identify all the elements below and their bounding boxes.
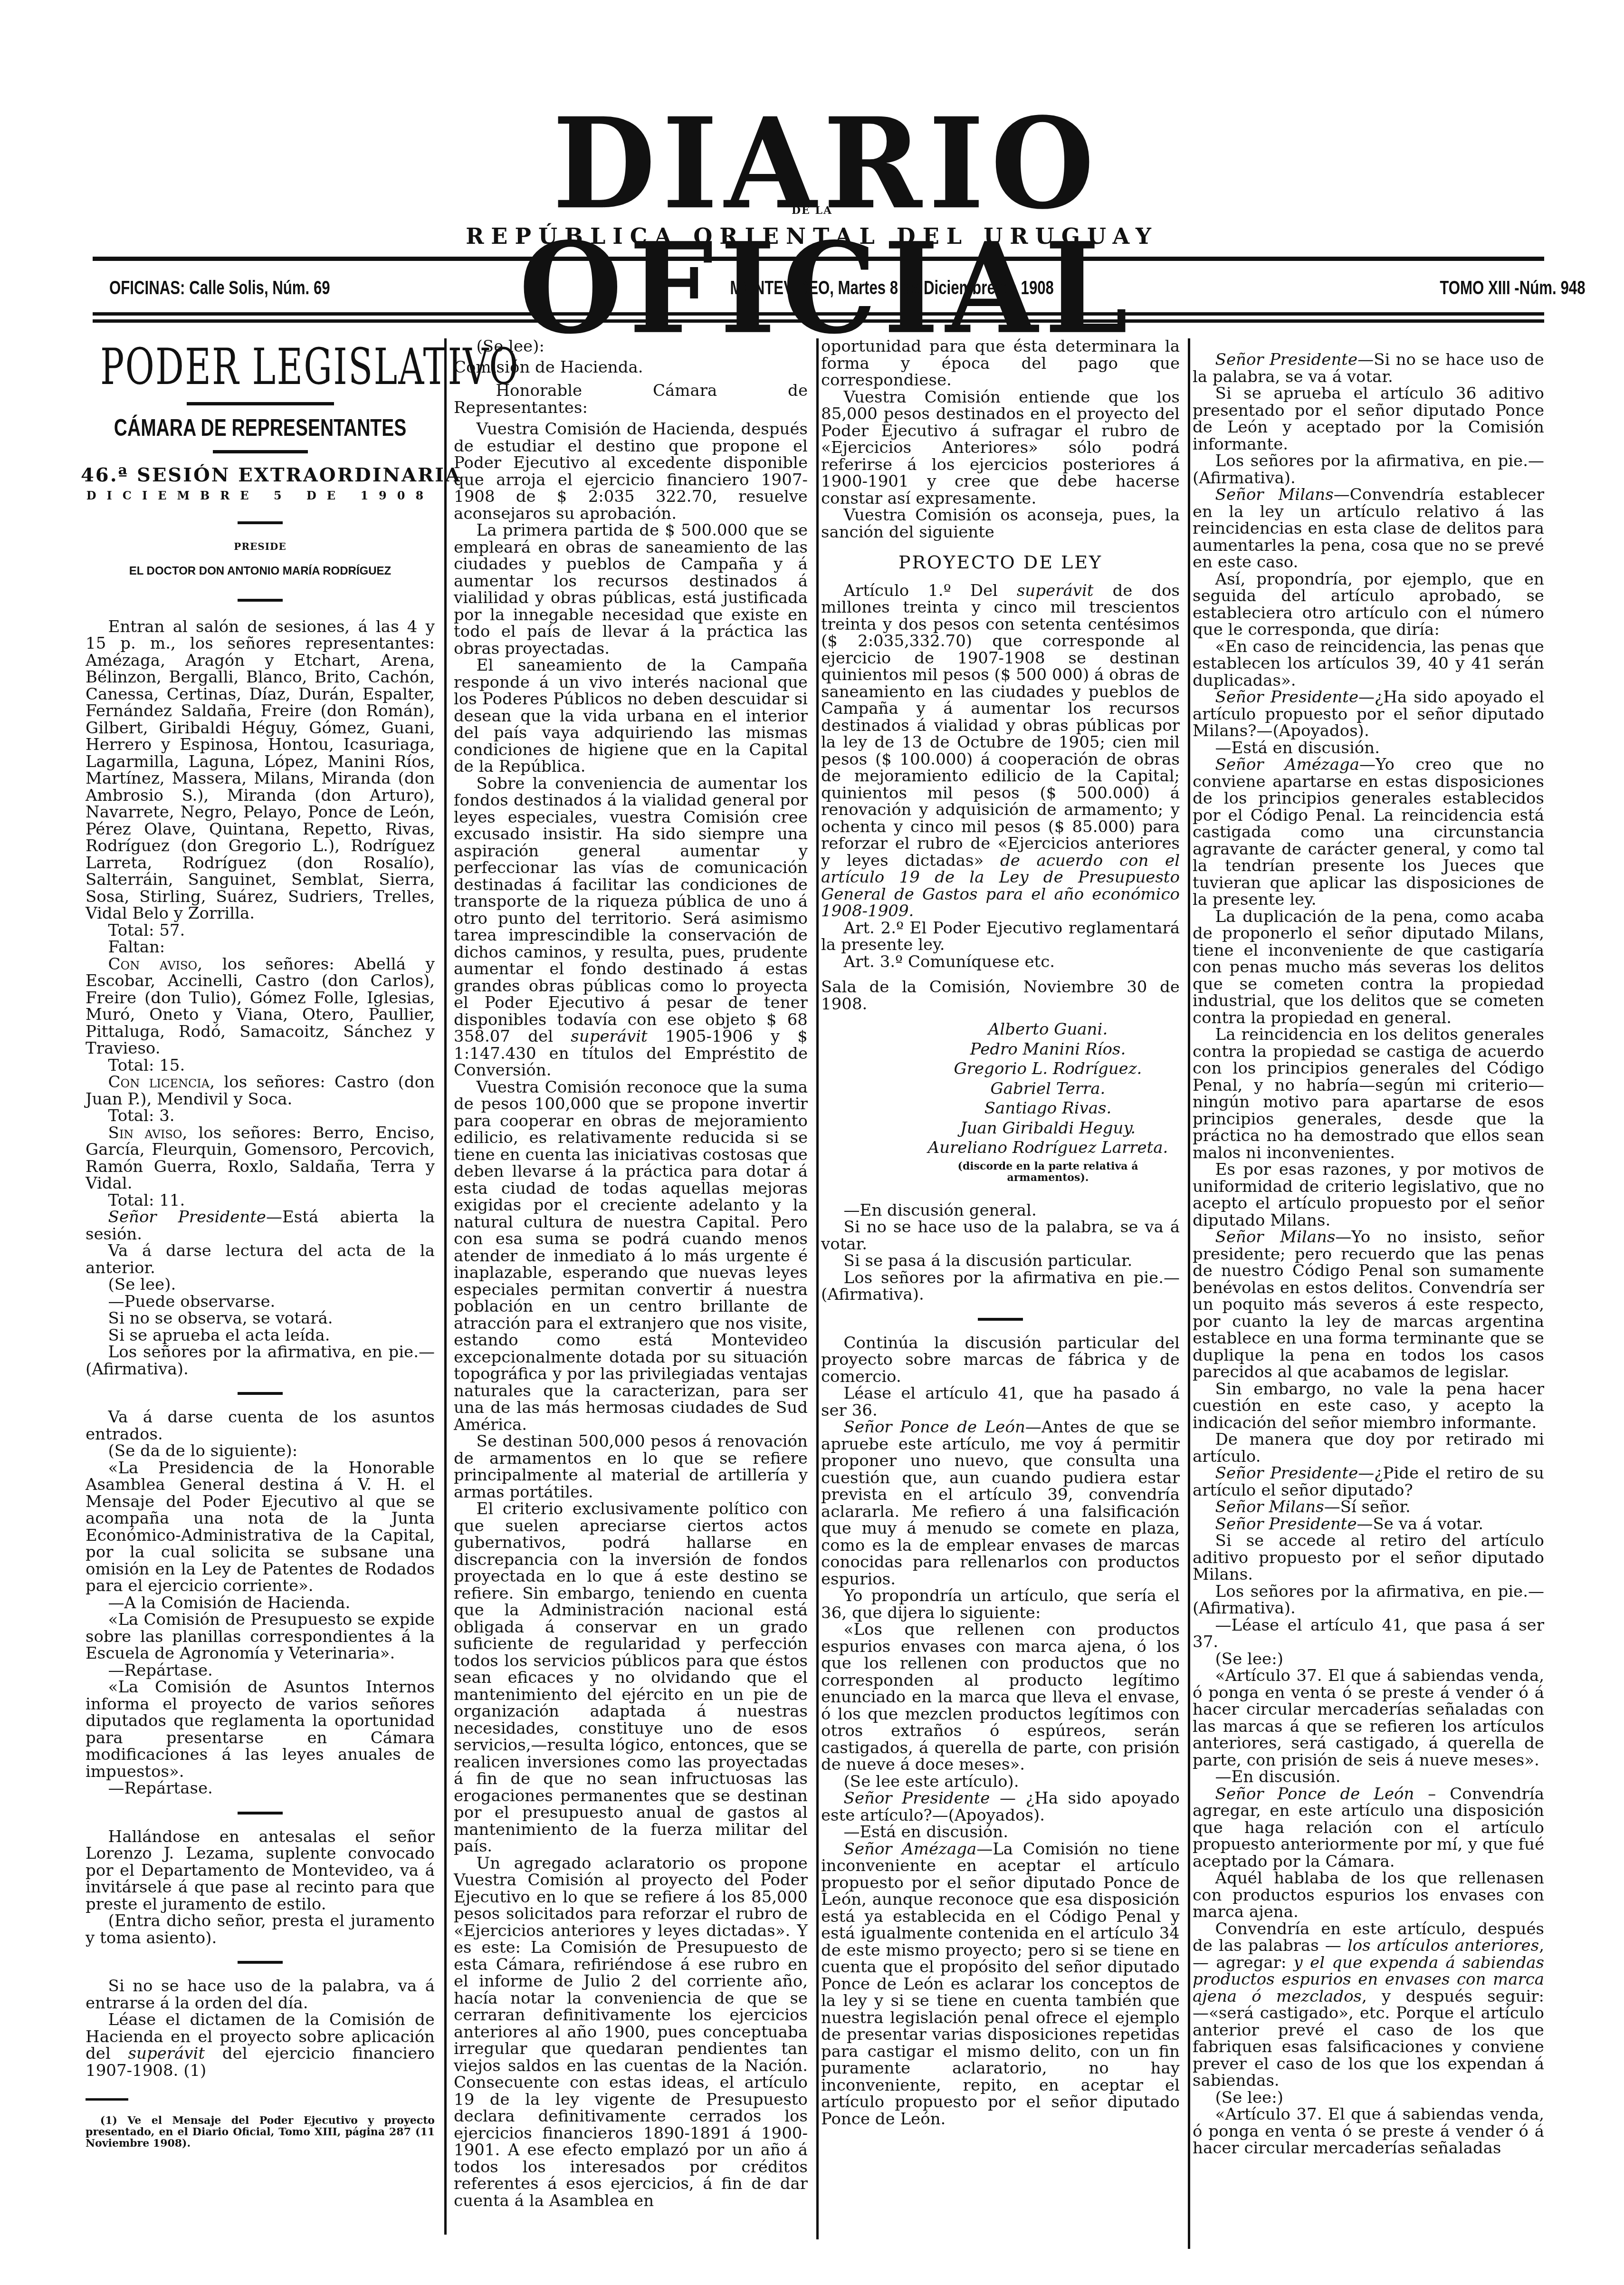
- paragraph: (Se lee).: [86, 1277, 435, 1294]
- paragraph: (Se lee:): [1193, 2090, 1544, 2107]
- speech: Señor Presidente—Está abierta la sesión.: [86, 1209, 435, 1243]
- paragraph: Si se aprueba el acta leída.: [86, 1327, 435, 1344]
- speech: Señor Presidente—Si no se hace uso de la…: [1193, 352, 1544, 385]
- article-3: Art. 3.º Comuníquese etc.: [821, 954, 1180, 971]
- speech: Señor Presidente—¿Ha sido apoyado el art…: [1193, 689, 1544, 740]
- paragraph: «La Comisión de Presupuesto se expide so…: [86, 1612, 435, 1662]
- divider: [978, 1318, 1023, 1321]
- paragraph: «La Presidencia de la Honorable Asamblea…: [86, 1460, 435, 1595]
- paragraph: (Se lee este artículo).: [821, 1774, 1180, 1791]
- masthead-rule-top: [93, 257, 1544, 261]
- speech: Señor Milans—Yo no insisto, señor presid…: [1193, 1229, 1544, 1381]
- paragraph: Yo propondría un artículo, que sería el …: [821, 1588, 1180, 1622]
- session-date: DICIEMBRE 5 DE 1908: [86, 487, 435, 504]
- speech: Señor Ponce de León – Convendría agregar…: [1193, 1786, 1544, 1871]
- signer: Juan Giribaldi Heguy.: [916, 1120, 1180, 1137]
- paragraph: oportunidad para que ésta determinara la…: [821, 338, 1180, 389]
- dateline: MONTEVIDEO, Martes 8 de Diciembre de 190…: [730, 278, 1054, 299]
- salutation: Honorable Cámara de Representantes:: [454, 383, 808, 416]
- info-bar: OFICINAS: Calle Solis, Núm. 69 MONTEVIDE…: [109, 278, 1221, 301]
- chamber-heading: CÁMARA DE REPRESENTANTES: [109, 420, 411, 437]
- column-divider-2: [816, 338, 819, 2239]
- footnote-divider: [86, 2098, 128, 2101]
- offices-address: OFICINAS: Calle Solis, Núm. 69: [109, 278, 330, 299]
- divider: [213, 450, 308, 453]
- speech: Señor Milans—Convendría establecer en la…: [1193, 487, 1544, 571]
- title-connector: DE LA: [0, 204, 1624, 217]
- signer: Gregorio L. Rodríguez.: [916, 1061, 1180, 1078]
- paragraph: «La Comisión de Asuntos Internos informa…: [86, 1679, 435, 1780]
- signer: Pedro Manini Ríos.: [916, 1041, 1180, 1058]
- total-with-notice: Total: 15.: [86, 1057, 435, 1075]
- column-3: oportunidad para que ésta determinara la…: [821, 338, 1180, 2128]
- paragraph: Es por esas razones, y por motivos de un…: [1193, 1162, 1544, 1229]
- paragraph: Los señores por la afirmativa, en pie.— …: [1193, 1584, 1544, 1617]
- paragraph: Vuestra Comisión de Hacienda, después de…: [454, 421, 808, 522]
- total-with-leave: Total: 3.: [86, 1108, 435, 1125]
- paragraph: Se destinan 500,000 pesos á renovación d…: [454, 1433, 808, 1501]
- volume-number: TOMO XIII -Núm. 948: [1440, 278, 1585, 299]
- divider: [238, 1392, 283, 1395]
- speech: Señor Amézaga—La Comisión no tiene incon…: [821, 1841, 1180, 2128]
- paragraph: La primera partida de $ 500.000 que se e…: [454, 522, 808, 657]
- divider: [238, 599, 283, 602]
- paragraph: Los señores por la afirmativa, en pie.— …: [1193, 453, 1544, 487]
- column-1: PODER LEGISLATIVO CÁMARA DE REPRESENTANT…: [86, 338, 435, 2149]
- paragraph: Léase el artículo 41, que ha pasado á se…: [821, 1385, 1180, 1419]
- paragraph: —En discusión.: [1193, 1769, 1544, 1786]
- paragraph: El criterio exclusivamente político con …: [454, 1501, 808, 1855]
- paragraph: (Se lee):: [454, 338, 808, 355]
- footnote: (1) Ve el Mensaje del Poder Ejecutivo y …: [86, 2115, 435, 2149]
- total-without-notice: Total: 11.: [86, 1192, 435, 1210]
- divider: [238, 1812, 283, 1815]
- paragraph: Va á darse lectura del acta de la anteri…: [86, 1243, 435, 1277]
- speech: Señor Ponce de León—Antes de que se apru…: [821, 1419, 1180, 1588]
- paragraph: La duplicación de la pena, como acaba de…: [1193, 909, 1544, 1027]
- paragraph: (Entra dicho señor, presta el juramento …: [86, 1913, 435, 1947]
- paragraph: (Se da de lo siguiente):: [86, 1443, 435, 1460]
- column-divider-3: [1188, 338, 1190, 2249]
- section-title: PODER LEGISLATIVO: [100, 342, 420, 392]
- speech: Señor Presidente — ¿Ha sido apoyado este…: [821, 1790, 1180, 1824]
- paragraph: Convendría en este artículo, después de …: [1193, 1921, 1544, 2090]
- absent-without-notice: Sin aviso, los señores: Berro, Enciso, G…: [86, 1125, 435, 1192]
- absent-with-notice: Con aviso, los señores: Abellá y Escobar…: [86, 956, 435, 1057]
- paragraph: Si no se hace uso de la palabra, se va á…: [821, 1219, 1180, 1253]
- paragraph: La reincidencia en los delitos generales…: [1193, 1027, 1544, 1162]
- newspaper-subtitle: REPÚBLICA ORIENTAL DEL URUGUAY: [0, 223, 1624, 249]
- signer: Gabriel Terra.: [916, 1081, 1180, 1098]
- paragraph: El saneamiento de la Campaña responde á …: [454, 657, 808, 776]
- signing-place-date: Sala de la Comisión, Noviembre 30 de 190…: [821, 979, 1180, 1013]
- paragraph: —Está en discusión.: [1193, 740, 1544, 757]
- paragraph: Si se aprueba el artículo 36 aditivo pre…: [1193, 385, 1544, 453]
- article-2: Art. 2.º El Poder Ejecutivo reglamentará…: [821, 920, 1180, 954]
- column-divider-1: [444, 338, 447, 2235]
- paragraph: Si no se observa, se votará.: [86, 1310, 435, 1327]
- total-present: Total: 57.: [86, 922, 435, 940]
- paragraph: Aquél hablaba de los que rellenasen con …: [1193, 1870, 1544, 1921]
- paragraph: Si se accede al retiro del artículo adit…: [1193, 1533, 1544, 1584]
- quoted-article: «Los que rellenen con productos espurios…: [821, 1622, 1180, 1774]
- bill-heading: PROYECTO DE LEY: [821, 554, 1180, 571]
- masthead-rule-bottom-2: [93, 319, 1544, 323]
- paragraph: Un agregado aclaratorio os propone Vuest…: [454, 1855, 808, 2210]
- absent-with-leave: Con licencia, los señores: Castro (don J…: [86, 1074, 435, 1108]
- speech: Señor Presidente—Se va á votar.: [1193, 1516, 1544, 1533]
- divider: [238, 1961, 283, 1964]
- paragraph: Continúa la discusión particular del pro…: [821, 1335, 1180, 1386]
- paragraph: Vuestra Comisión reconoce que la suma de…: [454, 1079, 808, 1434]
- masthead-rule-bottom-1: [93, 312, 1544, 316]
- committee-name: Comisión de Hacienda.: [454, 359, 808, 376]
- paragraph: Si se pasa á la discusión particular.: [821, 1253, 1180, 1270]
- quoted-article: «En caso de reincidencia, las penas que …: [1193, 639, 1544, 690]
- paragraph: Si no se hace uso de la palabra, va á en…: [86, 1978, 435, 2012]
- divider: [187, 402, 334, 405]
- preside-label: PRESIDE: [86, 538, 435, 556]
- speech: Señor Presidente—¿Pide el retiro de su a…: [1193, 1465, 1544, 1499]
- signer: Alberto Guani.: [916, 1021, 1180, 1038]
- paragraph: —Puede observarse.: [86, 1294, 435, 1311]
- paragraph: —A la Comisión de Hacienda.: [86, 1595, 435, 1612]
- session-heading: 46.ª SESIÓN EXTRAORDINARIA: [81, 467, 439, 484]
- paragraph: —Repártase.: [86, 1780, 435, 1797]
- quoted-article: «Artículo 37. El que á sabiendas venda, …: [1193, 1668, 1544, 1769]
- paragraph: Vuestra Comisión entiende que los 85,000…: [821, 389, 1180, 508]
- divider: [238, 521, 283, 524]
- paragraph: —Léase el artículo 41, que pasa á ser 37…: [1193, 1617, 1544, 1651]
- column-2: (Se lee): Comisión de Hacienda. Honorabl…: [454, 338, 808, 2209]
- paragraph: Vuestra Comisión os aconseja, pues, la s…: [821, 507, 1180, 541]
- column-4: Señor Presidente—Si no se hace uso de la…: [1193, 352, 1544, 2157]
- signer: Santiago Rivas.: [916, 1100, 1180, 1117]
- signer: Aureliano Rodríguez Larreta.: [916, 1140, 1180, 1157]
- dissent-note: (discorde en la parte relativa á armamen…: [916, 1161, 1180, 1183]
- paragraph: Así, propondría, por ejemplo, que en seg…: [1193, 571, 1544, 639]
- paragraph: Va á darse cuenta de los asuntos entrado…: [86, 1409, 435, 1443]
- speech: Señor Milans—Sí señor.: [1193, 1499, 1544, 1516]
- speech: Señor Amézaga—Yo creo que no conviene ap…: [1193, 757, 1544, 909]
- paragraph: Sin embargo, no vale la pena hacer cuest…: [1193, 1381, 1544, 1432]
- quoted-article: «Artículo 37. El que á sabiendas venda, …: [1193, 2106, 1544, 2157]
- attendance-paragraph: Entran al salón de sesiones, á las 4 y 1…: [86, 619, 435, 922]
- paragraph: —En discusión general.: [821, 1202, 1180, 1219]
- paragraph: —Está en discusión.: [821, 1824, 1180, 1841]
- paragraph: —Repártase.: [86, 1662, 435, 1680]
- paragraph: Los señores por la afirmativa, en pie.— …: [86, 1344, 435, 1378]
- paragraph: De manera que doy por retirado mi artícu…: [1193, 1431, 1544, 1465]
- absent-label: Faltan:: [86, 939, 435, 956]
- presiding-officer: EL DOCTOR DON ANTONIO MARÍA RODRÍGUEZ: [86, 563, 435, 580]
- paragraph: Sobre la conveniencia de aumentar los fo…: [454, 776, 808, 1079]
- signers-list: Alberto Guani. Pedro Manini Ríos. Gregor…: [821, 1021, 1180, 1183]
- paragraph: (Se lee:): [1193, 1651, 1544, 1668]
- paragraph: Los señores por la afirmativa en pie.— (…: [821, 1270, 1180, 1304]
- article-1: Artículo 1.º Del superávit de dos millon…: [821, 583, 1180, 920]
- paragraph: Hallándose en antesalas el señor Lorenzo…: [86, 1829, 435, 1913]
- paragraph: Léase el dictamen de la Comisión de Haci…: [86, 2012, 435, 2079]
